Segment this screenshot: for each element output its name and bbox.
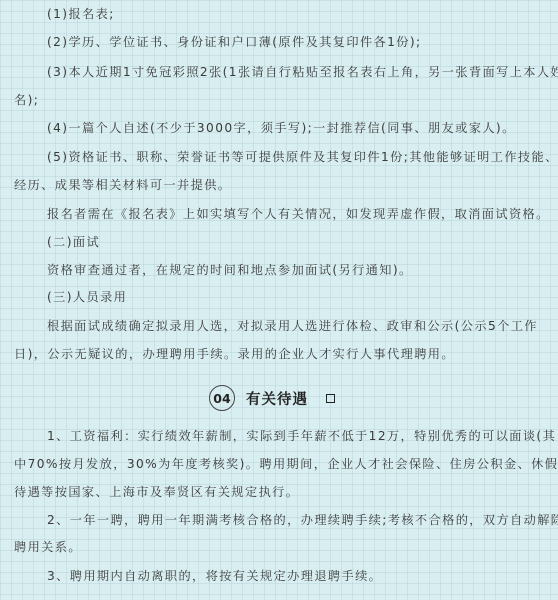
material-item-5: (5)资格证书、职称、荣誉证书等可提供原件及其复印件1份;其他能够证明工作技能、 bbox=[47, 149, 558, 165]
section-heading-title: 有关待遇 bbox=[246, 388, 308, 409]
material-item-4: (4)一篇个人自述(不少于3000字，须手写);一封推荐信(同事、朋友或家人)。 bbox=[47, 120, 516, 136]
benefit-item-1-line-1: 1、工资福利：实行绩效年薪制，实际到手年薪不低于12万，特别优秀的可以面谈(其 bbox=[47, 428, 556, 444]
materials-note: 报名者需在《报名表》上如实填写个人有关情况，如发现弄虚作假，取消面试资格。 bbox=[47, 206, 550, 222]
interview-text: 资格审查通过者，在规定的时间和地点参加面试(另行通知)。 bbox=[47, 262, 413, 278]
benefit-item-3-line-1: 3、聘用期内自动离职的，将按有关规定办理退聘手续。 bbox=[47, 568, 382, 584]
section-number-badge: 04 bbox=[209, 385, 235, 411]
material-item-3: (3)本人近期1寸免冠彩照2张(1张请自行粘贴至报名表右上角，另一张背面写上本人… bbox=[47, 64, 558, 80]
material-item-3-cont: 名); bbox=[14, 92, 39, 108]
interview-title: (二)面试 bbox=[47, 234, 100, 250]
material-item-1: (1)报名表; bbox=[47, 6, 115, 22]
material-item-5-cont: 经历、成果等相关材料可一并提供。 bbox=[14, 177, 231, 193]
benefit-item-2-line-2: 聘用关系。 bbox=[14, 539, 82, 555]
material-item-2: (2)学历、学位证书、身份证和户口薄(原件及其复印件各1份); bbox=[47, 34, 422, 50]
square-icon bbox=[326, 394, 335, 403]
section-heading: 04 有关待遇 bbox=[209, 383, 335, 413]
benefit-item-1-line-3: 待遇等按国家、上海市及奉贤区有关规定执行。 bbox=[14, 484, 299, 500]
hiring-text-1: 根据面试成绩确定拟录用人选，对拟录用人选进行体检、政审和公示(公示5个工作 bbox=[47, 318, 538, 334]
benefit-item-1-line-2: 中70%按月发放，30%为年度考核奖)。聘用期间，企业人才社会保险、住房公积金、… bbox=[14, 456, 558, 472]
hiring-text-2: 日)，公示无疑议的，办理聘用手续。录用的企业人才实行人事代理聘用。 bbox=[14, 346, 455, 362]
hiring-title: (三)人员录用 bbox=[47, 289, 127, 305]
benefit-item-2-line-1: 2、一年一聘，聘用一年期满考核合格的，办理续聘手续;考核不合格的，双方自动解除 bbox=[47, 512, 558, 528]
